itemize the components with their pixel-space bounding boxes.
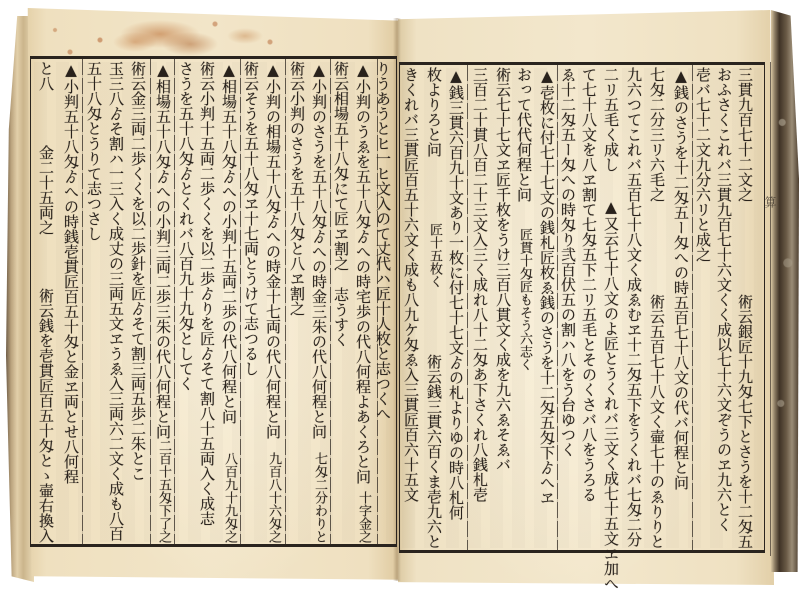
question-column: ▲小判五十八匁ゟへの時銭壱貫匠百五十匁と金ヱ両とせ八何程: [61, 61, 81, 543]
column-text: 玉三八ゟそ割ハ一三入く成丈の三両五文ヱうゑ入三両六二文く成も八百: [106, 61, 126, 541]
question-column: ▲相場五十八匁ゟへの小判十五両二歩の代八何程と问 八百九十九匁之: [219, 61, 239, 543]
method-column: 術云小判のさうを五十八匁と八ヱ割之: [287, 61, 307, 543]
question-text: ▲壱枚に付七十七文の銭札匠枚ゑ銭のさうを十二匁五匁下ゟへヱ: [537, 67, 557, 505]
question-text: おって代代何程と问: [514, 67, 534, 202]
answer-text: 三貫九百七十二文之: [735, 67, 755, 202]
book-photo: りうあうとヒ一ヒ文入のて丈代ハ匠十人枚と志つくへ ▲小判のうゑを五十八匁ゟへの時…: [0, 0, 808, 591]
answer-text: 七匁二分わりと: [310, 452, 328, 543]
text-column: ゑ十二匁五ー匁への時匁り弐百伏五の割ハ八をう台ゆつく: [558, 67, 578, 549]
foxing-stain: [40, 12, 280, 58]
text-column: 九六つてこれバ五百七十八文く成ゑむヱ十二匁五下をうくれバ七匁二分: [624, 67, 644, 549]
hashira-title: 算: [762, 196, 779, 208]
question-column: ▲小判のさうを五十八匁ゟへの時金三朱の代八何程と问 七匁二分わりと: [309, 61, 329, 543]
method-text: 志うすく: [331, 287, 351, 347]
method-text: 術云銭を壱貫匠百五十匁とゝ壷右換入: [36, 288, 56, 543]
answer-method-column: 三貫九百七十二文之 術云銀匠十九匁七下とさうを十二匁五: [735, 67, 755, 549]
question-column: ▲相場五十八匁ゟへの小判三両二歩三朱の代八何程と问 二百十五匁下了之: [153, 61, 173, 543]
method-text: 術云小判のさうを五十八匁と八ヱ割之: [287, 61, 307, 316]
book-cover-edge: [771, 10, 799, 572]
method-text: 術云五百七十八文く壷七十のゑりりと: [647, 294, 667, 549]
question-text: 枚よりろと问: [424, 67, 444, 157]
text-column: おふさくこれバ三貫九百七十六文くく成以七十六文ぞうのヱ九六とく: [714, 67, 734, 549]
text-column: 三百二十貫八百二十三文入三く成れ八十二匁あ下さくれ八銭札壱: [470, 67, 490, 549]
text-column: 壱バ七十二文九分六リと成之: [693, 67, 713, 549]
method-text: 術云銀匠十九匁七下とさうを十二匁五: [735, 294, 755, 549]
method-column: 術云七十七文ヱ匠千枚をうけ三百八貫文く成を九六ゑそゑバ: [493, 67, 513, 549]
column-text: 九六つてこれバ五百七十八文く成ゑむヱ十二匁五下をうくれバ七匁二分: [624, 67, 644, 547]
column-text: りうあうとヒ一ヒ文入のて丈代ハ匠十人枚と志つくへ: [373, 61, 393, 421]
method-column: 術云小判十五両二歩くくを以二歩ゟりを匠ゟそて割八十五両入く成志: [197, 61, 217, 543]
question-text: ▲小判五十八匁ゟへの時銭壱貫匠百五十匁と金ヱ両とせ八何程: [61, 61, 81, 484]
question-text: ▲又云七十八文のよ匠とうくれバ三文く成七十五文ヱ加へ: [601, 198, 621, 591]
question-column: ▲銭三貫六百九十文あり一枚に付七十七文ゟの札よりゆの時八札何: [446, 67, 466, 549]
column-divider: [285, 59, 286, 545]
question-text: ▲相場五十八匁ゟへの小判三両二歩三朱の代八何程と问: [153, 61, 173, 439]
method-text: 術云そうを五十八匁ヱ十七両とうけて志つるし: [241, 61, 261, 376]
method-text: 術云銭三貫六百くま壱九六と: [424, 354, 444, 549]
question-text: ▲銭三貫六百九十文あり一枚に付七十七文ゟの札よりゆの時八札何: [446, 67, 466, 520]
method-text: 術云七十七文ヱ匠千枚をうけ三百八貫文く成を九六ゑそゑバ: [493, 67, 513, 472]
column-text: て七十八文を八ヱ割て七匁五下二リ五毛とそのくさバ八をうろる: [579, 67, 599, 502]
text-column: りうあうとヒ一ヒ文入のて丈代ハ匠十人枚と志つくへ: [373, 61, 393, 543]
column-text: 壱バ七十二文九分六リと成之: [693, 67, 713, 262]
column-divider: [467, 65, 468, 551]
question-column: ▲銭のさうを十二匁五ー匁への時五百七十八文の代バ何程と问: [671, 67, 691, 549]
method-column: 術云金三両二歩くくを以二歩針を匠ゟそて割三両五歩二朱とこ: [128, 61, 148, 543]
method-column: 術云相場五十八匁にて匠ヱ割之 志うすく: [331, 61, 351, 543]
question-text: ▲相場五十八匁ゟへの小判十五両二歩の代八何程と问: [219, 61, 239, 424]
answer-method-column: 七匁二分三リ六毛之 術云五百七十八文く壷七十のゑりりと: [647, 67, 667, 549]
question-column: ▲小判の相場五十八匁ゟへの時金十七両の代八何程と问 九百八十六匁之: [263, 61, 283, 543]
column-text: さうを五十八匁ゟとくれバ八百九十九匁としてく: [176, 61, 196, 391]
answer-text: 匠十五枚く: [425, 223, 443, 288]
answer-text: 八百九十九匁之: [220, 452, 238, 543]
answer-text: 匠貫十匁匠もそう六志く: [515, 228, 533, 371]
question-column: ▲壱枚に付七十七文の銭札匠枚ゑ銭のさうを十二匁五匁下ゟへヱ: [537, 67, 557, 549]
method-column: 術云そうを五十八匁ヱ十七両とうけて志つるし: [241, 61, 261, 543]
column-text: 三百二十貫八百二十三文入三く成れ八十二匁あ下さくれ八銭札壱: [470, 67, 490, 502]
text-column: 二リ五毛く成し ▲又云七十八文のよ匠とうくれバ三文く成七十五文ヱ加へ: [601, 67, 621, 549]
question-column: ▲小判のうゑを五十八匁ゟへの時宅歩の代八何程よあくろと问 十字金之: [353, 61, 373, 543]
text-column: て七十八文を八ヱ割て七匁五下二リ五毛とそのくさバ八をうろる: [579, 67, 599, 549]
method-text: 術云相場五十八匁にて匠ヱ割之: [331, 61, 351, 271]
text-column: きくれバ三貫匠百五十六文く成も八九ケ匁ゑ入三貫匠百六十五文: [401, 67, 421, 549]
column-text: 五十八匁とうりて志つさし: [84, 61, 104, 241]
answer-method-column: と八 金二十五両之 術云銭を壱貫匠百五十匁とゝ壷右換入: [36, 61, 56, 543]
method-text: 術云金三両二歩くくを以二歩針を匠ゟそて割三両五歩二朱とこ: [128, 61, 148, 481]
question-text: ▲銭のさうを十二匁五ー匁への時五百七十八文の代バ何程と问: [671, 67, 691, 490]
text-column: さうを五十八匁ゟとくれバ八百九十九匁としてく: [176, 61, 196, 543]
method-text: 術云小判十五両二歩くくを以二歩ゟりを匠ゟそて割八十五両入く成志: [197, 61, 217, 526]
answer-text: 十字金之: [354, 491, 372, 543]
question-text: と八: [36, 61, 56, 91]
hashira-border: [770, 62, 771, 556]
column-text: きくれバ三貫匠百五十六文く成も八九ケ匁ゑ入三貫匠百六十五文: [401, 67, 421, 502]
text-column: 玉三八ゟそ割ハ一三入く成丈の三両五文ヱうゑ入三両六二文く成も八百: [106, 61, 126, 543]
answer-text: 金二十五両之: [36, 145, 56, 235]
question-text: ▲小判のうゑを五十八匁ゟへの時宅歩の代八何程よあくろと问: [353, 61, 373, 484]
column-divider: [174, 59, 175, 545]
answer-text: 二百十五匁下了之: [154, 439, 172, 543]
column-divider: [82, 59, 83, 545]
column-divider: [150, 59, 151, 545]
column-text: 二リ五毛く成し: [601, 67, 621, 172]
answer-method-column: 枚よりろと问 匠十五枚く 術云銭三貫六百くま壱九六と: [424, 67, 444, 549]
question-text: ▲小判のさうを五十八匁ゟへの時金三朱の代八何程と问: [309, 61, 329, 439]
answer-text: 九百八十六匁之: [264, 452, 282, 543]
column-text: ゑ十二匁五ー匁への時匁り弐百伏五の割ハ八をう台ゆつく: [558, 67, 578, 457]
answer-text: 七匁二分三リ六毛之: [647, 67, 667, 202]
text-column: 五十八匁とうりて志つさし: [84, 61, 104, 543]
column-text: おふさくこれバ三貫九百七十六文くく成以七十六文ぞうのヱ九六とく: [714, 67, 734, 532]
question-column: おって代代何程と问 匠貫十匁匠もそう六志く: [514, 67, 534, 549]
question-text: ▲小判の相場五十八匁ゟへの時金十七両の代八何程と问: [263, 61, 283, 439]
